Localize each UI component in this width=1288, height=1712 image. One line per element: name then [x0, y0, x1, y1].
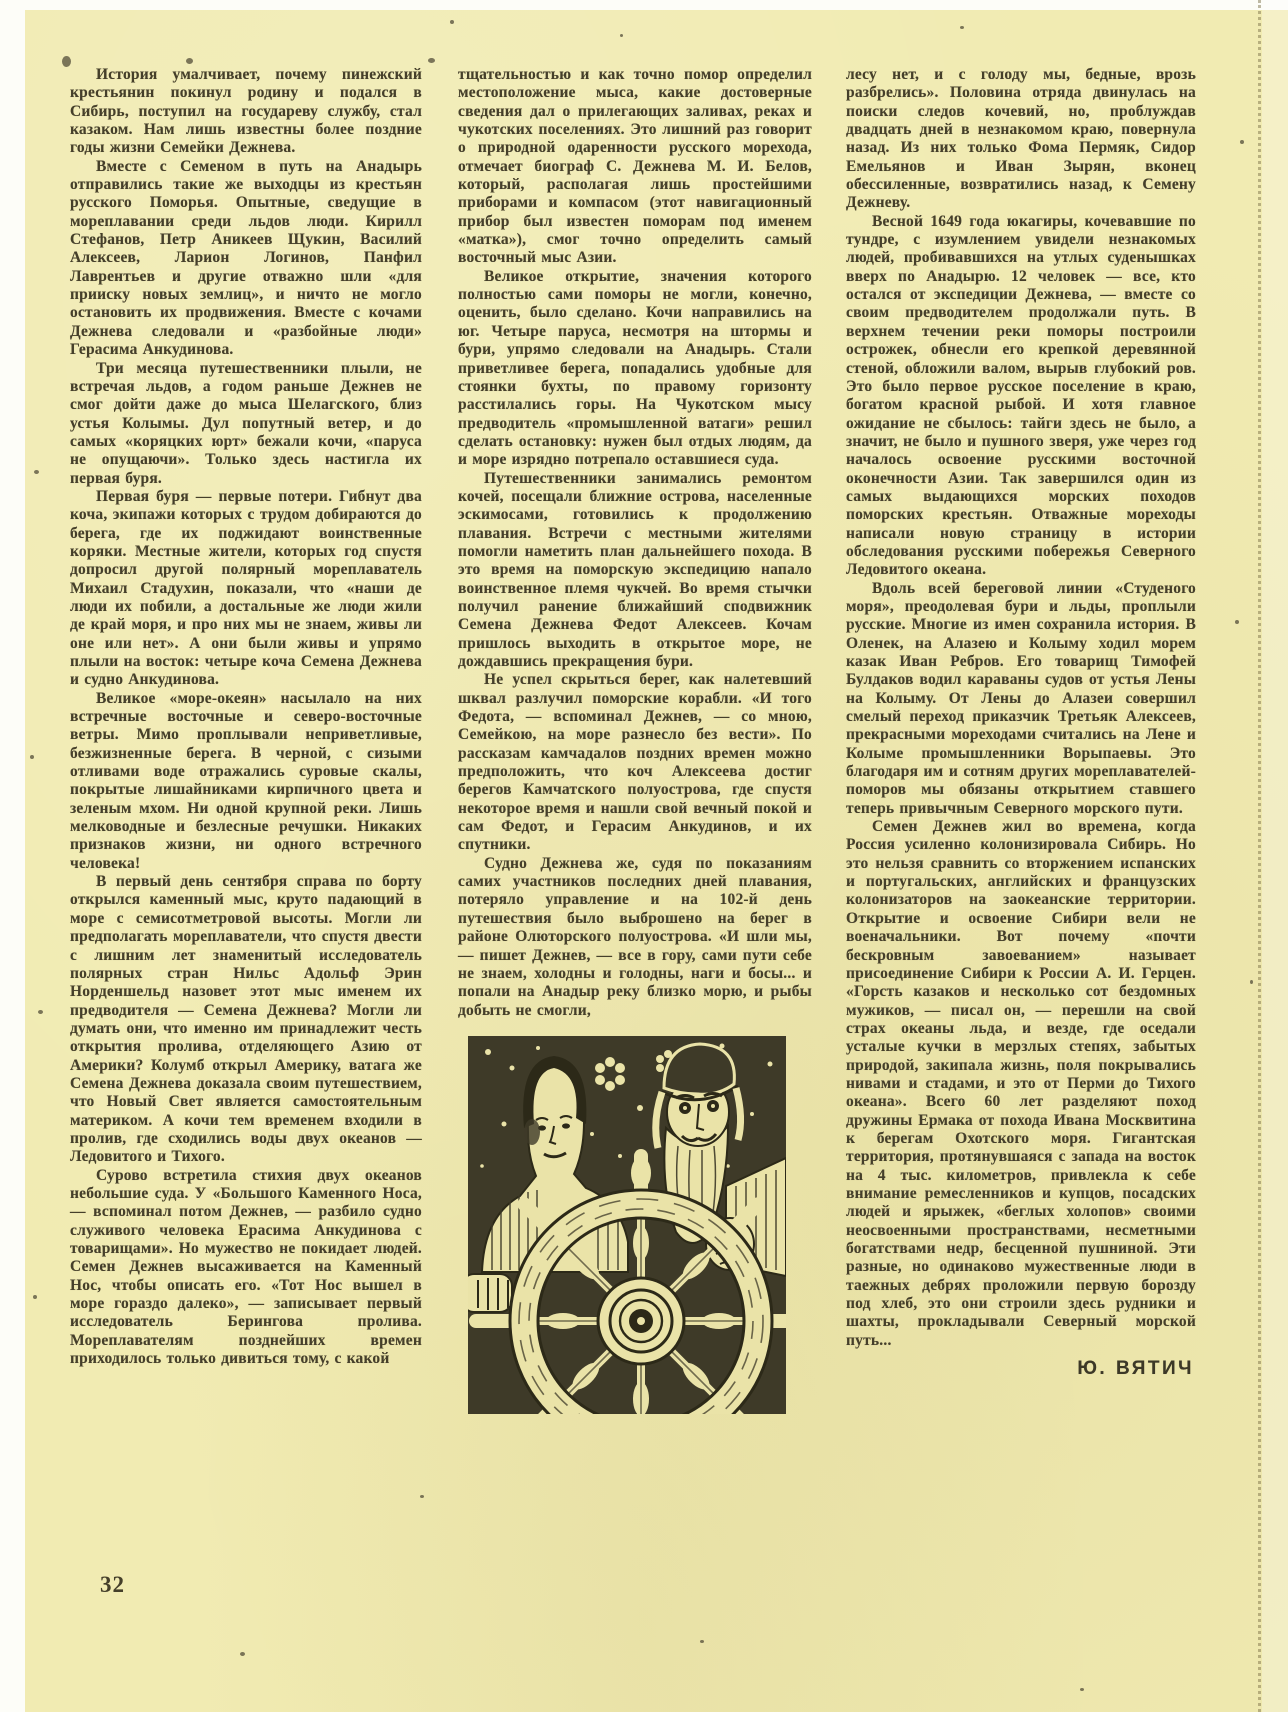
paragraph: Не успел скрыться берег, как налетевший … [458, 671, 812, 854]
scan-speck [420, 1495, 424, 1498]
binding-dotted-line [1258, 0, 1261, 1712]
scan-speck [960, 26, 964, 29]
scan-speck [240, 1652, 245, 1656]
scan-right-band [1262, 0, 1288, 1712]
paragraph: Весной 1649 года юкагиры, кочевавшие по … [846, 213, 1196, 580]
paragraph: Великое «море-океян» насылало на них вст… [70, 690, 422, 873]
scan-speck [38, 1010, 43, 1014]
text-column-3: лесу нет, и с голоду мы, бедные, врозь р… [846, 66, 1196, 1378]
scan-edge-left [0, 0, 25, 1712]
scan-speck [1235, 620, 1239, 624]
scan-speck [1240, 140, 1244, 144]
scan-speck [1250, 980, 1253, 984]
text-column-2: тщательностью и как точно помор определи… [458, 66, 812, 1414]
paragraph: Судно Дежнева же, судя по показаниям сам… [458, 855, 812, 1020]
woodcut-illustration [468, 1036, 786, 1414]
cheek-shading [524, 1119, 540, 1145]
scan-speck [34, 470, 39, 474]
paragraph: Первая буря — первые потери. Гибнут два … [70, 488, 422, 690]
paragraph: Путешественники занимались ремонтом коче… [458, 470, 812, 672]
author-signature: Ю. ВЯТИЧ [846, 1360, 1196, 1378]
wheel-hub [598, 1278, 684, 1364]
magazine-page: История умалчивает, почему пинежский кре… [0, 0, 1288, 1712]
paragraph: Сурово встретила стихия двух океанов неб… [70, 1167, 422, 1369]
paragraph: тщательностью и как точно помор определи… [458, 66, 812, 268]
scan-speck [1080, 1688, 1084, 1691]
paragraph: Три месяца путешественники плыли, не вст… [70, 360, 422, 488]
scan-speck [620, 34, 623, 37]
scan-speck [428, 58, 435, 63]
paragraph: Вместе с Семеном в путь на Анадырь отпра… [70, 158, 422, 360]
scan-speck [700, 1640, 704, 1643]
scan-speck [30, 755, 34, 759]
scan-speck [186, 58, 193, 64]
woodcut-svg [468, 1036, 786, 1414]
scan-speck [450, 20, 454, 24]
paragraph: В первый день сентября справа по борту о… [70, 873, 422, 1167]
text-column-1: История умалчивает, почему пинежский кре… [70, 66, 422, 1368]
hand-on-wheel [468, 1274, 512, 1312]
page-number: 32 [100, 1572, 125, 1598]
paragraph: Вдоль всей береговой линии «Студеного мо… [846, 580, 1196, 818]
scan-speck [33, 1295, 37, 1299]
paragraph: лесу нет, и с голоду мы, бедные, врозь р… [846, 66, 1196, 213]
scan-edge-top [0, 0, 1288, 10]
paragraph: Семен Дежнев жил во времена, когда Росси… [846, 818, 1196, 1350]
paragraph: История умалчивает, почему пинежский кре… [70, 66, 422, 158]
paragraph: Великое открытие, значения которого полн… [458, 268, 812, 470]
